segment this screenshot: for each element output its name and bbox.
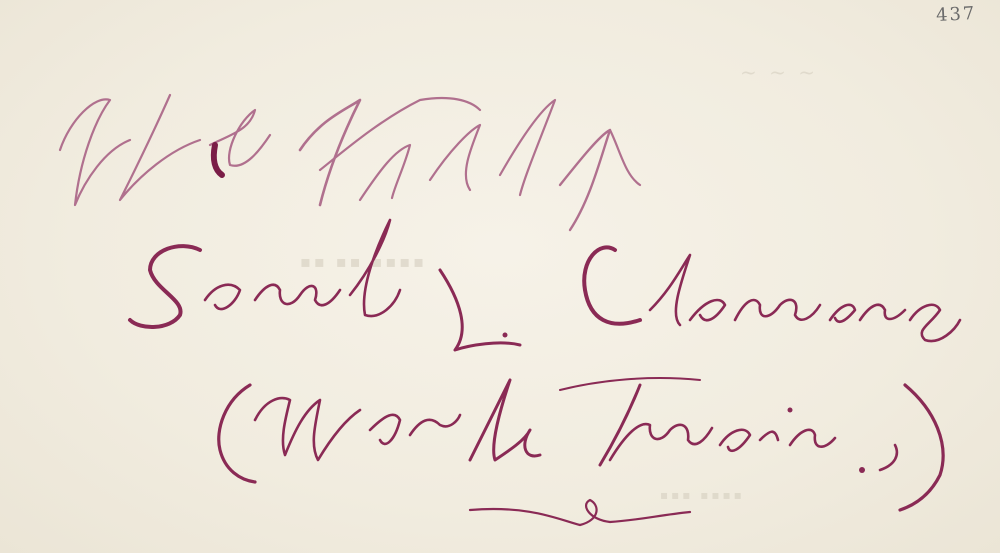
handwritten-signature	[0, 0, 1000, 553]
line-mark-twain	[219, 378, 943, 525]
line-yrs-truly	[60, 95, 640, 230]
ink-blot	[214, 145, 222, 175]
autograph-card: 437 ▪▪ ▪▪ ▪▪▪▪ ~ ~ ~ ▪▪▪ ▪▪▪▪ Yrs truly …	[0, 0, 1000, 553]
line-saml-l-clemens	[130, 220, 960, 350]
